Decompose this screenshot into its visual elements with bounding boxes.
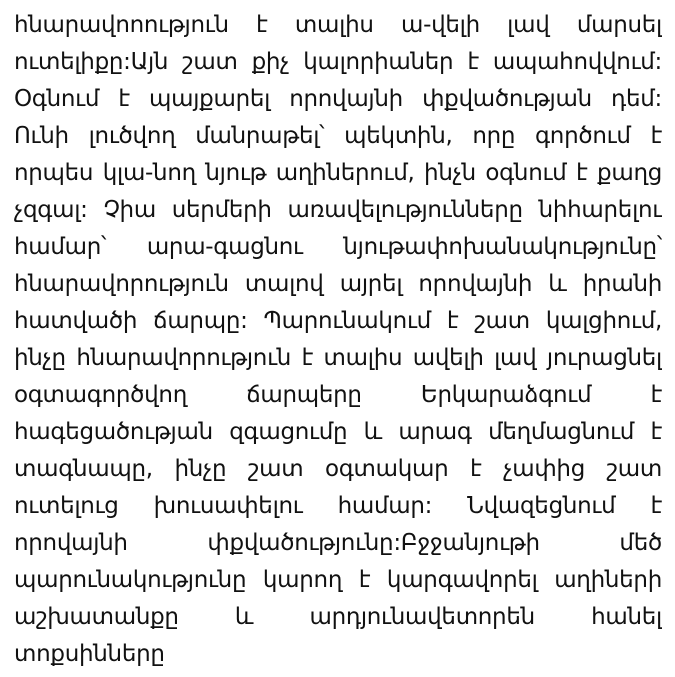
armenian-text-paragraph: հնարավոոություն է տալիս ա-վելի լավ մարսե…: [0, 0, 675, 673]
text-line: Ունի լուծվող մանրաթել՝ պեկտին, որը գործո…: [14, 118, 662, 155]
text-line: պարունակությունը կարող է կարգավորել աղին…: [14, 562, 662, 599]
text-line: ինչը հնարավորություն է տալիս ավելի լավ յ…: [14, 340, 662, 377]
text-line: աշխատանքը և արդյունավետորեն հանել: [14, 599, 662, 636]
text-line: տագնապը, ինչը շատ օգտակար է չափից շատ: [14, 451, 662, 488]
text-line: չզգալ: Չիա սերմերի առավելությունները նիհ…: [14, 192, 662, 229]
text-line: հատվածի ճարպը: Պարունակում է շատ կալցիու…: [14, 303, 662, 340]
text-line: հնարավոոություն է տալիս ա-վելի լավ մարսե…: [14, 7, 662, 44]
text-line: ուտելուց խուսափելու համար: Նվազեցնում է: [14, 488, 662, 525]
text-line: համար՝ արա-գացնու նյութափոխանակությունը՝: [14, 229, 662, 266]
text-line: ուտելիքը:Այն շատ քիչ կալորիաներ է ապահով…: [14, 44, 662, 81]
text-line: որպես կլա-նող նյութ աղիներում, ինչն օգնո…: [14, 155, 662, 192]
text-line: տոքսինները: [14, 636, 662, 673]
text-line: հնարավորություն տալով այրել որովայնի և ի…: [14, 266, 662, 303]
text-line: Օգնում է պայքարել որովայնի փքվածության դ…: [14, 81, 662, 118]
text-line: հագեցածության զգացումը և արագ մեղմացնում…: [14, 414, 662, 451]
text-line: օգտագործվող ճարպերը Երկարաձգում է: [14, 377, 662, 414]
text-line: որովայնի փքվածությունը:Բջջանյութի մեծ: [14, 525, 662, 562]
